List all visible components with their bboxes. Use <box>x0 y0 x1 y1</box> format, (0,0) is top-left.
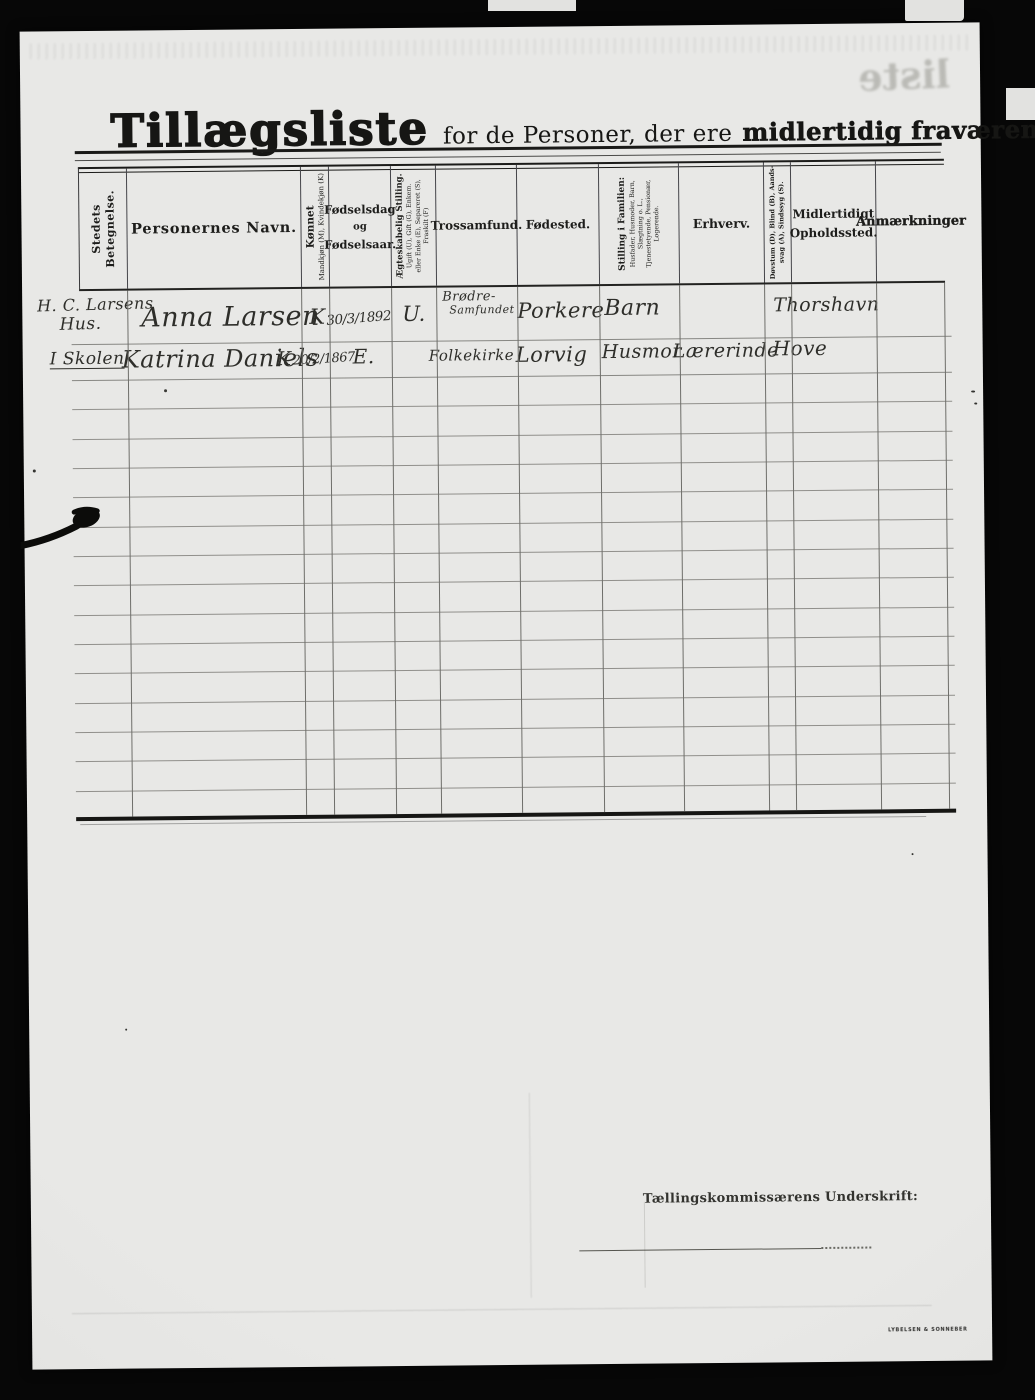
column-header-label: Fødselsdag <box>324 202 396 217</box>
cell-sted-line1: H. C. Larsens <box>37 293 154 315</box>
ink-speck <box>125 1029 127 1031</box>
column-header-label: Personernes Navn. <box>131 218 297 237</box>
scan-artifact-top-1 <box>488 0 576 11</box>
signature-label: Tællingskommissærens Underskrift: <box>643 1189 918 1207</box>
ink-speck <box>974 402 977 404</box>
cell-fodested: Lorvig <box>516 342 588 367</box>
column-header-sublabel: Tjenestetyende, Pensionær, <box>644 165 653 283</box>
cell-kon: K <box>277 348 292 370</box>
column-header-sublabel: Mandkjøn (M), Kvindekjøn (K) <box>317 168 327 286</box>
ink-speck <box>971 390 975 392</box>
column-header-anmaerkninger: Anmærkninger <box>876 161 946 282</box>
cell-sted: I Skolen <box>50 349 125 370</box>
column-header-label: Fødselsaar. <box>324 237 396 252</box>
cell-stilling-i-familien: Husmor <box>602 340 682 363</box>
column-header-label: Anmærkninger <box>856 213 966 229</box>
printer-mark: LYBELSEN & SONNEBER <box>888 1327 968 1334</box>
column-header-label: Erhverv. <box>693 215 751 231</box>
scan-grain-texture <box>30 35 970 60</box>
column-header-sublabel: svag (A), Sindssyg (S). <box>777 163 787 281</box>
column-header-erhverv: Erhverv. <box>679 162 765 283</box>
cell-trossamfund: Folkekirke <box>429 346 515 365</box>
scanner-background: { "page": { "title": { "main": "Tillægsl… <box>0 0 1035 1400</box>
cell-trossamfund-line2: Samfundet <box>449 304 514 316</box>
scan-artifact-top-2 <box>905 0 964 21</box>
census-table-header: Stedets Betegnelse. Personernes Navn. Kø… <box>78 159 945 291</box>
column-header-fodested: Fødested. <box>517 164 600 285</box>
column-header-sublabel: Logerende. <box>652 164 661 282</box>
cell-opholdssted: Thorshavn <box>773 293 879 316</box>
column-header-stilling-i-familien: Stilling i Familien: Husfader, Husmoder,… <box>599 163 680 284</box>
signature-line <box>579 1248 821 1251</box>
column-header-label: og <box>353 221 367 232</box>
cell-erhverv: Lærerinde <box>673 339 779 362</box>
column-header-fodselsdag: Fødselsdag og Fødselsaar. <box>329 166 392 287</box>
cell-stilling-i-familien: Barn <box>604 296 660 322</box>
title-subtitle-bold: midlertidig fraværende. <box>742 114 1035 146</box>
ink-dot <box>164 389 167 392</box>
cell-aegteskabelig-stilling: U. <box>402 302 426 326</box>
cell-navn: Anna Larsen <box>141 301 320 334</box>
paper-crease-horizontal <box>72 1305 932 1314</box>
paper-crease-vertical-small <box>644 1202 646 1288</box>
cell-opholdssted: Hove <box>773 336 828 361</box>
column-header-sublabel: Husfader, Husmoder, Barn, <box>628 165 637 283</box>
table-body: H. C. Larsens Hus. Anna Larsen K 30/3/18… <box>71 283 956 821</box>
cell-aegteskabelig-stilling: E. <box>353 344 375 368</box>
column-header-label: Trossamfund. <box>431 218 523 233</box>
bleedthrough-text: liste <box>857 51 951 100</box>
cell-sted-line2: Hus. <box>59 312 154 335</box>
handwritten-arrow-mark <box>20 481 131 554</box>
column-header-dovstum: Døvstum (D), Blind (B), Aands- svag (A),… <box>764 162 792 282</box>
paper-sheet: liste Tillægsliste for de Personer, der … <box>20 22 993 1369</box>
scan-artifact-right <box>1006 88 1035 120</box>
cell-trossamfund: Brødre- Samfundet <box>442 290 514 316</box>
column-header-label: Kønnet <box>303 168 317 286</box>
cell-kon: K <box>309 305 325 329</box>
column-header-stedets-betegnelse: Stedets Betegnelse. <box>79 169 128 289</box>
ink-speck <box>912 853 914 855</box>
column-header-konnet: Kønnet Mandkjøn (M), Kvindekjøn (K) <box>301 167 330 287</box>
paper-crease-vertical <box>529 1093 532 1298</box>
signature-line-dotted-end <box>821 1247 871 1249</box>
column-header-label: Fødested. <box>526 217 591 232</box>
column-header-personernes-navn: Personernes Navn. <box>127 167 302 289</box>
column-header-trossamfund: Trossamfund. <box>436 165 518 286</box>
cell-fodested: Porkere <box>517 298 604 323</box>
column-header-label: Stilling i Familien: <box>616 165 629 283</box>
ink-speck <box>33 470 36 473</box>
cell-sted: H. C. Larsens Hus. <box>37 293 154 335</box>
column-header-label: Stedets Betegnelse. <box>89 170 118 288</box>
